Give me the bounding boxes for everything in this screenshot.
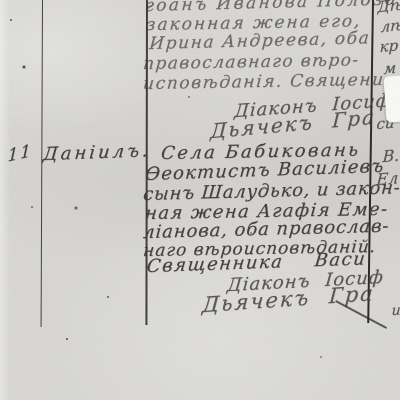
- margin-fragment-2: лѣ: [380, 16, 400, 37]
- child-name: Даніилъ.: [42, 140, 152, 165]
- margin-fragment-7: Ел: [376, 168, 399, 189]
- prev-entry-line-5: исповѣданія. Священи-: [142, 70, 393, 94]
- scanned-document-page: гоанъ Иванова Полозо законная жена его, …: [0, 0, 400, 400]
- margin-fragment-8: и: [391, 302, 400, 319]
- margin-fragment-1: Дѣ: [377, 0, 400, 16]
- row-number: 11: [7, 141, 33, 167]
- white-paper-patch: [383, 75, 400, 122]
- scan-edge-highlight: [0, 0, 10, 400]
- dust-specks: [0, 0, 2, 2]
- margin-fragment-3: кр: [379, 36, 398, 56]
- margin-fragment-6: В.: [382, 146, 400, 167]
